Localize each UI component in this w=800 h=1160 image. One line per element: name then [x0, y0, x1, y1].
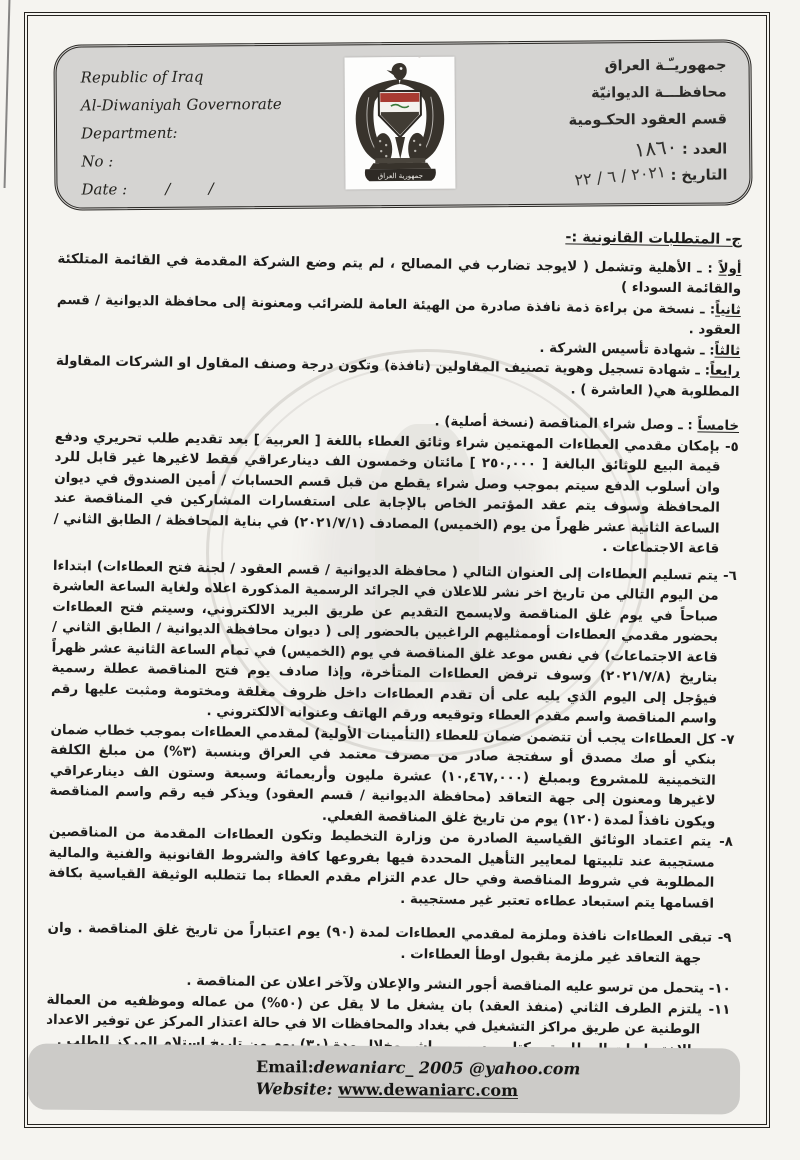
clause-label: رابعاً [710, 364, 740, 379]
website-value: www.dewaniarc.com [338, 1080, 518, 1100]
clause-text: يتم اعتماد الوثائق القياسية الصادرة من و… [48, 825, 719, 911]
clause-number: ٩- [718, 931, 732, 946]
clause-number: ١٠- [709, 982, 731, 997]
clause-text: : ـ الأهلية وتشمل ( لايوجد تضارب في المص… [57, 251, 741, 297]
iraq-coat-of-arms-icon: جمهورية العراق [344, 57, 455, 190]
governorate-name-en: Al-Diwaniyah Governorate [81, 90, 282, 120]
clause-number: ٨- [719, 835, 733, 850]
footer-contact-box: Email:dewaniarc_ 2005 @yahoo.com Website… [28, 1044, 740, 1115]
website-label: Website: [256, 1079, 338, 1099]
letterhead-box: Republic of Iraq Al-Diwaniyah Governorat… [53, 39, 752, 210]
clause-9: ٩- تبقى العطاءات نافذة وملزمة لمقدمي الع… [47, 919, 732, 970]
clause-text: : ـ وصل شراء المناقصة (نسخة أصلية) . [434, 414, 697, 433]
footer-contact-lines: Email:dewaniarc_ 2005 @yahoo.com Website… [256, 1056, 740, 1103]
letterhead-english: Republic of Iraq Al-Diwaniyah Governorat… [81, 62, 283, 204]
clause-number: ١١- [708, 1002, 730, 1017]
governorate-name-ar: محافظـــة الديوانيّة [568, 79, 727, 107]
date-label-en: Date : / / [81, 174, 282, 204]
letterhead-arabic: جمهوريـّـة العراق محافظـــة الديوانيّة ق… [568, 52, 727, 188]
scan-edge-artifact [4, 0, 11, 188]
clause-fourth: رابعاً: ـ شهادة تسجيل وهوية تصنيف المقاو… [56, 352, 741, 403]
clause-text: : ـ نسخة من براءة ذمة نافذة صادرة من اله… [57, 292, 741, 338]
department-label-en: Department: [81, 118, 282, 148]
clause-text: كل العطاءات يجب أن تتضمن ضمان للعطاء (ال… [49, 722, 720, 829]
clause-number: ٥- [725, 439, 739, 454]
document-number-line: العدد : ١٨٦٠ [569, 133, 728, 161]
clause-6: ٦- يتم تسليم العطاءات إلى العنوان التالي… [51, 556, 737, 730]
clause-label: ثانياً [715, 302, 741, 317]
emblem-box: جمهورية العراق [344, 57, 455, 190]
clause-number: ٧- [721, 732, 735, 747]
scanned-document-page: { "colors":{"paper":"#f5f4f0","panel_gra… [0, 0, 800, 1160]
email-value: dewaniarc_ 2005 @yahoo.com [314, 1058, 581, 1079]
document-page: Republic of Iraq Al-Diwaniyah Governorat… [24, 12, 770, 1128]
department-name-ar: قسم العقود الحكـومية [569, 106, 728, 134]
date-label-ar: التاريخ : [665, 167, 727, 183]
clause-label: خامساً [697, 418, 739, 434]
clause-5: ٥- بإمكان مقدمي العطاءات المهتمين شراء و… [53, 427, 739, 560]
number-label-ar: العدد : [677, 141, 727, 157]
section-heading: ج- المتطلبات القانونية :- [58, 220, 742, 251]
country-name-ar: جمهوريـّـة العراق [568, 52, 727, 80]
clause-text: : ـ شهادة تسجيل وهوية تصنيف المقاولين (ن… [56, 354, 740, 400]
emblem-scroll-text: جمهورية العراق [378, 172, 423, 180]
clause-text: بإمكان مقدمي العطاءات المهتمين شراء وثائ… [54, 429, 726, 556]
document-body: ج- المتطلبات القانونية :- أولاً : ـ الأه… [46, 220, 742, 1062]
clause-text: تبقى العطاءات نافذة وملزمة لمقدمي العطاء… [47, 921, 717, 966]
number-label-en: No : [81, 146, 282, 176]
email-label: Email: [256, 1057, 314, 1076]
clause-number: ٦- [723, 568, 737, 583]
clause-7: ٧- كل العطاءات يجب أن تتضمن ضمان للعطاء … [49, 720, 734, 833]
clause-label: ثالثاً [715, 343, 741, 358]
clause-text: يتم تسليم العطاءات إلى العنوان التالي ( … [51, 558, 723, 726]
document-date-value: ٢٠٢١ / ٦ / ٢٢ [573, 158, 666, 194]
clause-label: أولاً [718, 261, 741, 276]
document-date-line: التاريخ : ٢٠٢١ / ٦ / ٢٢ [569, 160, 728, 188]
clause-text: : ـ شهادة تأسيس الشركة . [539, 341, 714, 359]
clause-8: ٨- يتم اعتماد الوثائق القياسية الصادرة م… [48, 823, 733, 915]
website-line: Website: www.dewaniarc.com [256, 1078, 740, 1103]
country-name-en: Republic of Iraq [81, 62, 282, 92]
